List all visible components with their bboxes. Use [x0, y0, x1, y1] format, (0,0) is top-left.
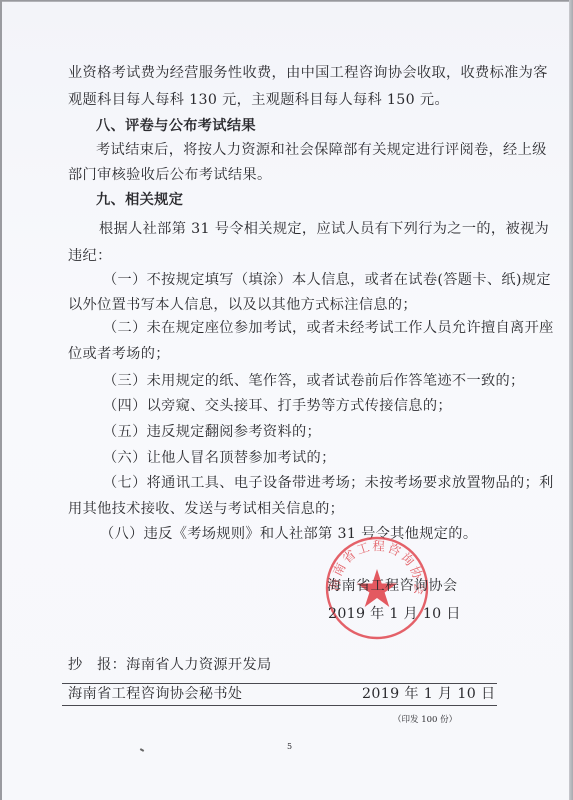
fee-paragraph-line-1: 业资格考试费为经营服务性收费，由中国工程咨询协会收取，收费标准为客 — [68, 64, 548, 82]
scan-edge-right — [569, 0, 573, 800]
violation-item-1-line-2: 以外位置书写本人信息，以及以其他方式标注信息的； — [68, 296, 417, 314]
violation-item-2-line-2: 位或者考场的； — [68, 345, 170, 363]
issuer-name: 海南省工程咨询协会秘书处 — [68, 685, 242, 703]
section-8-paragraph-line-1: 考试结束后，将按人力资源和社会保障部有关规定进行评阅卷，经上级 — [96, 141, 547, 159]
section-8-paragraph-line-2: 部门审核验收后公布考试结果。 — [68, 166, 272, 184]
issuer-date: 2019 年 1 月 10 日 — [362, 685, 496, 703]
footer-rule-top — [62, 683, 497, 684]
violation-item-3: （三）未用规定的纸、笔作答，或者试卷前后作答笔迹不一致的； — [103, 372, 525, 390]
section-8-heading: 八、评卷与公布考试结果 — [96, 117, 256, 135]
signature-organization: 海南省工程咨询协会 — [327, 577, 457, 595]
page-number: 5 — [287, 742, 292, 752]
violation-item-1-line-1: （一）不按规定填写（填涂）本人信息，或者在试卷(答题卡、纸)规定 — [103, 271, 551, 289]
fee-paragraph-line-2: 观题科目每人每科 130 元，主观题科目每人每科 150 元。 — [68, 91, 449, 109]
violation-item-5: （五）违反规定翻阅参考资料的； — [103, 423, 321, 441]
footer-rule-bottom — [62, 705, 497, 706]
section-9-heading: 九、相关规定 — [96, 191, 183, 209]
cc-label: 抄 报： — [68, 657, 126, 673]
violation-item-2-line-1: （二）未在规定座位参加考试，或者未经考试工作人员允许擅自离开座 — [103, 319, 554, 337]
signature-date: 2019 年 1 月 10 日 — [328, 605, 461, 623]
section-9-intro-line-2: 违纪： — [68, 247, 112, 265]
violation-item-6: （六）让他人冒名顶替参加考试的； — [103, 449, 336, 467]
violation-item-7-line-1: （七）将通讯工具、电子设备带进考场；未按考场要求放置物品的；利 — [103, 474, 554, 492]
print-count: （印发 100 份） — [393, 715, 457, 725]
violation-item-4: （四）以旁窥、交头接耳、打手势等方式传接信息的； — [103, 397, 452, 415]
cc-line: 抄 报：海南省人力资源开发局 — [68, 656, 272, 674]
section-9-intro-line-1: 根据人社部第 31 号令相关规定，应试人员有下列行为之一的，被视为 — [99, 220, 549, 238]
cc-recipient: 海南省人力资源开发局 — [126, 657, 271, 673]
violation-item-7-line-2: 用其他技术接收、发送与考试相关信息的； — [68, 500, 344, 518]
